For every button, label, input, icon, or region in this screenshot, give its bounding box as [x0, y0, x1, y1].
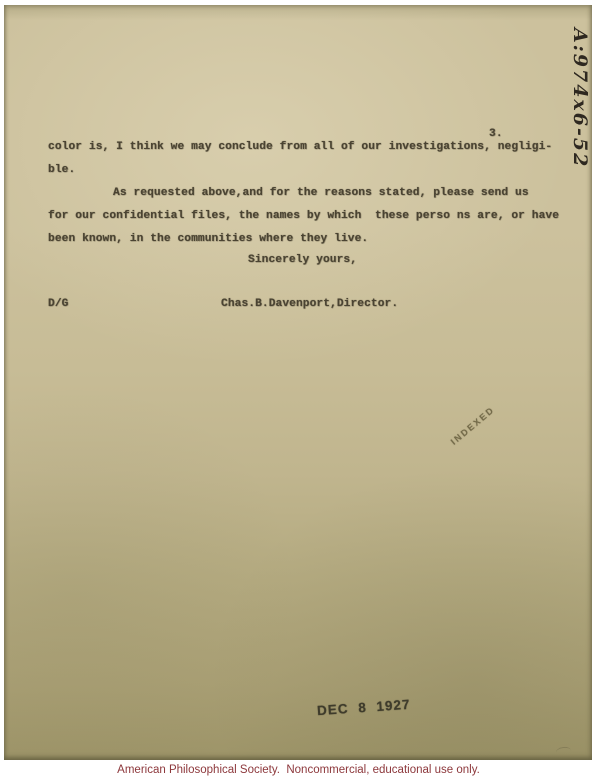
- credit-footer: American Philosophical Society. Noncomme…: [0, 760, 597, 780]
- letter-paper: [4, 5, 592, 761]
- scanned-letter-page: A:974x6-52 3. color is, I think we may c…: [0, 0, 597, 780]
- signature-line: Chas.B.Davenport,Director.: [221, 297, 398, 311]
- body-line-5: been known, in the communities where the…: [48, 232, 368, 246]
- closing-salutation: Sincerely yours,: [248, 253, 357, 267]
- body-line-3: As requested above,and for the reasons s…: [113, 186, 529, 200]
- page-number: 3.: [489, 127, 503, 141]
- body-line-1: color is, I think we may conclude from a…: [48, 140, 552, 154]
- reference-initials: D/G: [48, 297, 68, 311]
- body-line-2: ble.: [48, 163, 75, 177]
- credit-text: American Philosophical Society. Noncomme…: [117, 764, 480, 776]
- body-line-4: for our confidential files, the names by…: [48, 209, 559, 223]
- archival-accession-number: A:974x6-52: [568, 28, 592, 168]
